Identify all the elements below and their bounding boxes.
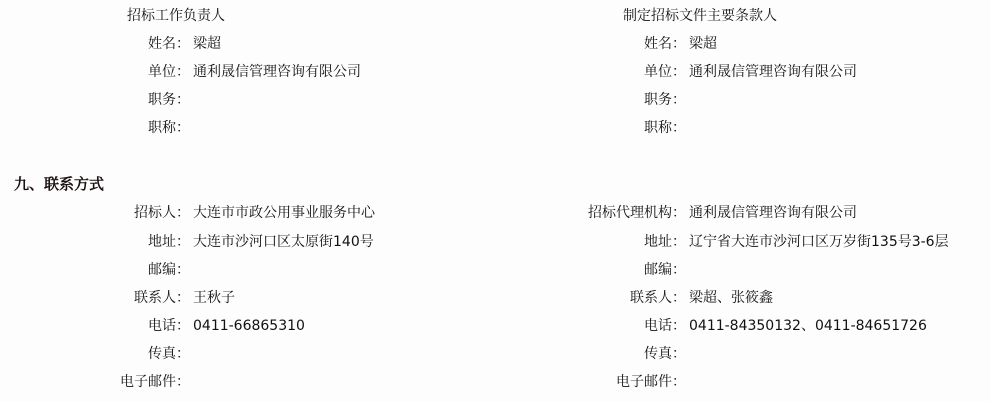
right-name-label: 姓名：: [644, 35, 686, 53]
tenderer-address-value: 大连市沙河口区太原街140号: [193, 233, 374, 251]
agency-fax-label: 传真：: [644, 345, 686, 363]
tenderer-contact-label: 联系人：: [134, 289, 190, 307]
agency-value: 通利晟信管理咨询有限公司: [689, 204, 857, 222]
left-responsible-title: 招标工作负责人: [127, 7, 225, 25]
left-position-label: 职务：: [148, 91, 190, 109]
tenderer-value: 大连市市政公用事业服务中心: [193, 204, 375, 222]
agency-contact-label: 联系人：: [630, 289, 686, 307]
right-title-label: 职称：: [644, 119, 686, 137]
agency-address-label: 地址：: [644, 233, 686, 251]
agency-contact-value: 梁超、张筱鑫: [689, 289, 773, 307]
tenderer-postcode-label: 邮编：: [148, 261, 190, 279]
tenderer-contact-value: 王秋子: [193, 289, 235, 307]
agency-label: 招标代理机构：: [588, 204, 686, 222]
section-heading-contact: 九、联系方式: [14, 175, 104, 193]
agency-phone-label: 电话：: [644, 317, 686, 335]
left-name-label: 姓名：: [148, 35, 190, 53]
right-position-label: 职务：: [644, 91, 686, 109]
agency-postcode-label: 邮编：: [644, 261, 686, 279]
agency-phone-value: 0411-84350132、0411-84651726: [689, 317, 927, 335]
left-title-label: 职称：: [148, 119, 190, 137]
tenderer-phone-value: 0411-66865310: [193, 317, 305, 335]
left-unit-value: 通利晟信管理咨询有限公司: [193, 63, 361, 81]
left-name-value: 梁超: [193, 35, 221, 53]
right-name-value: 梁超: [689, 35, 717, 53]
right-unit-label: 单位：: [644, 63, 686, 81]
tenderer-fax-label: 传真：: [148, 345, 190, 363]
tenderer-label: 招标人：: [134, 204, 190, 222]
left-unit-label: 单位：: [148, 63, 190, 81]
right-responsible-title: 制定招标文件主要条款人: [623, 7, 777, 25]
tenderer-email-label: 电子邮件：: [120, 373, 190, 391]
right-unit-value: 通利晟信管理咨询有限公司: [689, 63, 857, 81]
tenderer-phone-label: 电话：: [148, 317, 190, 335]
agency-address-value: 辽宁省大连市沙河口区万岁街135号3-6层: [689, 233, 949, 251]
agency-email-label: 电子邮件：: [616, 373, 686, 391]
tenderer-address-label: 地址：: [148, 233, 190, 251]
